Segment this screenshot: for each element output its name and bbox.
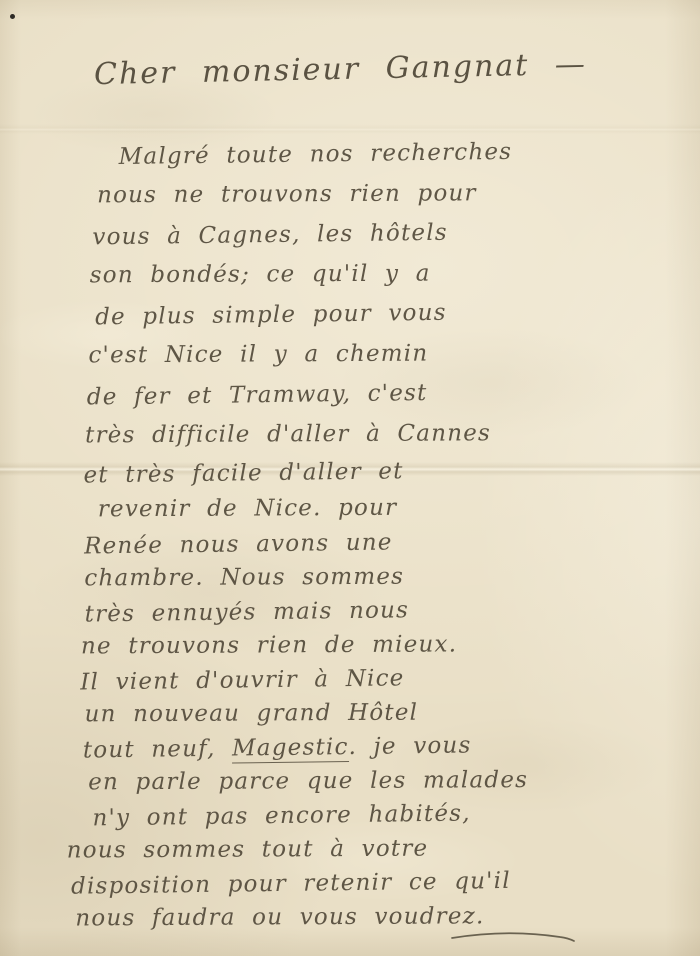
letter-line: Malgré toute nos recherches bbox=[0, 129, 697, 178]
letter-line: de plus simple pour vous bbox=[0, 289, 698, 338]
letter-salutation: Cher monsieur Gangnat — bbox=[94, 47, 587, 92]
underlined-word-magestic: Magestic bbox=[232, 734, 349, 764]
letter-line-text: tout neuf, bbox=[83, 736, 233, 764]
letter-line: son bondés; ce qu'il y a bbox=[0, 252, 698, 296]
letter-page: Cher monsieur Gangnat — Malgré toute nos… bbox=[0, 0, 700, 956]
letter-line: très difficile d'aller à Cannes bbox=[0, 412, 699, 456]
letter-line: vous à Cagnes, les hôtels bbox=[0, 209, 698, 258]
letter-body: Malgré toute nos recherches nous ne trou… bbox=[0, 131, 700, 937]
letter-line: nous ne trouvons rien pour bbox=[0, 172, 697, 216]
letter-line: c'est Nice il y a chemin bbox=[0, 332, 699, 376]
letter-line-text: . je vous bbox=[348, 732, 471, 760]
flourish-underline bbox=[448, 928, 578, 944]
ink-dot bbox=[10, 14, 15, 19]
letter-line: de fer et Tramway, c'est bbox=[0, 369, 699, 418]
letter-line: nous faudra ou vous voudrez. bbox=[3, 898, 700, 936]
